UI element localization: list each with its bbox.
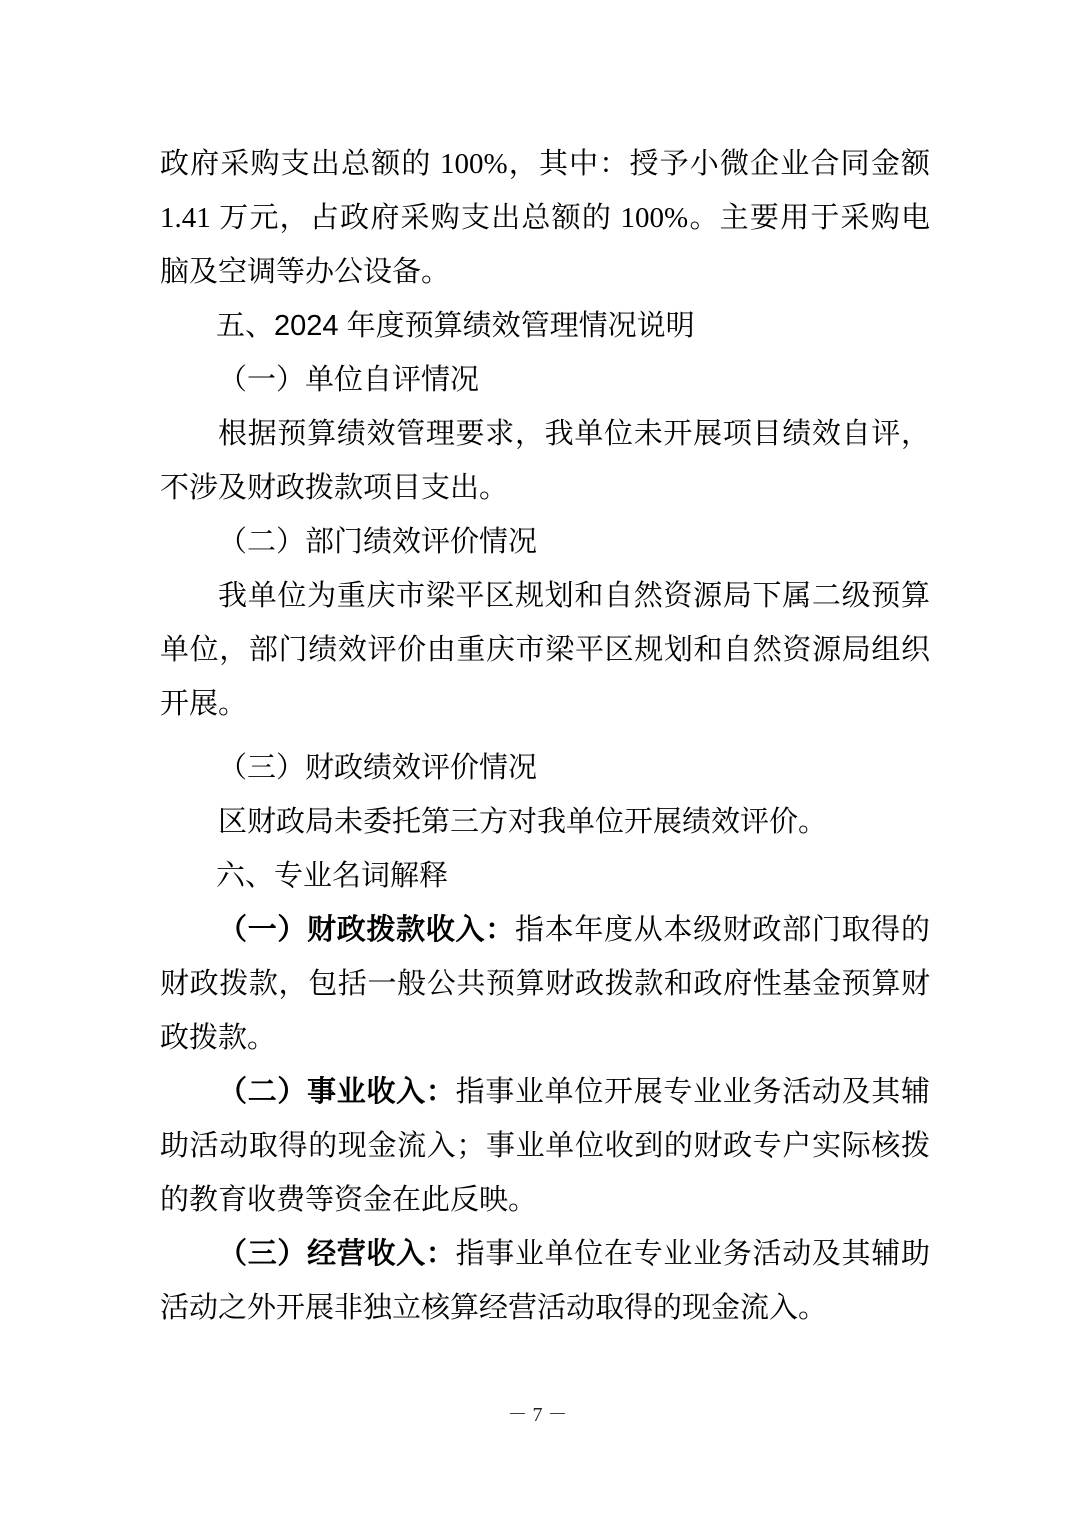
section5-sub1-heading: （一）单位自评情况 — [160, 353, 930, 407]
paragraph-procurement-continuation: 政府采购支出总额的 100%，其中：授予小微企业合同金额 1.41 万元，占政府… — [160, 137, 930, 299]
term-name: （二）事业收入： — [218, 1076, 456, 1108]
section5-sub3-paragraph: 区财政局未委托第三方对我单位开展绩效评价。 — [160, 795, 930, 849]
section5-sub2-paragraph: 我单位为重庆市梁平区规划和自然资源局下属二级预算单位，部门绩效评价由重庆市梁平区… — [160, 569, 930, 731]
page-footer: － 7 － — [0, 1400, 1075, 1430]
term-paragraph-fiscal-appropriation-income: （一）财政拨款收入：指本年度从本级财政部门取得的财政拨款，包括一般公共预算财政拨… — [160, 903, 930, 1065]
term-name: （一）财政拨款收入： — [218, 914, 515, 946]
section5-sub3-heading: （三）财政绩效评价情况 — [160, 741, 930, 795]
term-paragraph-business-operating-income: （三）经营收入：指事业单位在专业业务活动及其辅助活动之外开展非独立核算经营活动取… — [160, 1227, 930, 1335]
section5-sub1-paragraph: 根据预算绩效管理要求，我单位未开展项目绩效自评，不涉及财政拨款项目支出。 — [160, 407, 930, 515]
section6-heading: 六、专业名词解释 — [160, 849, 930, 903]
page-body: 政府采购支出总额的 100%，其中：授予小微企业合同金额 1.41 万元，占政府… — [160, 137, 930, 1335]
section5-sub2-heading: （二）部门绩效评价情况 — [160, 515, 930, 569]
section5-heading: 五、2024 年度预算绩效管理情况说明 — [160, 299, 930, 353]
term-name: （三）经营收入： — [218, 1238, 456, 1270]
page-number: － 7 － — [508, 1404, 568, 1426]
term-paragraph-operating-income-public-institution: （二）事业收入：指事业单位开展专业业务活动及其辅助活动取得的现金流入；事业单位收… — [160, 1065, 930, 1227]
document-page: 政府采购支出总额的 100%，其中：授予小微企业合同金额 1.41 万元，占政府… — [0, 0, 1075, 1520]
